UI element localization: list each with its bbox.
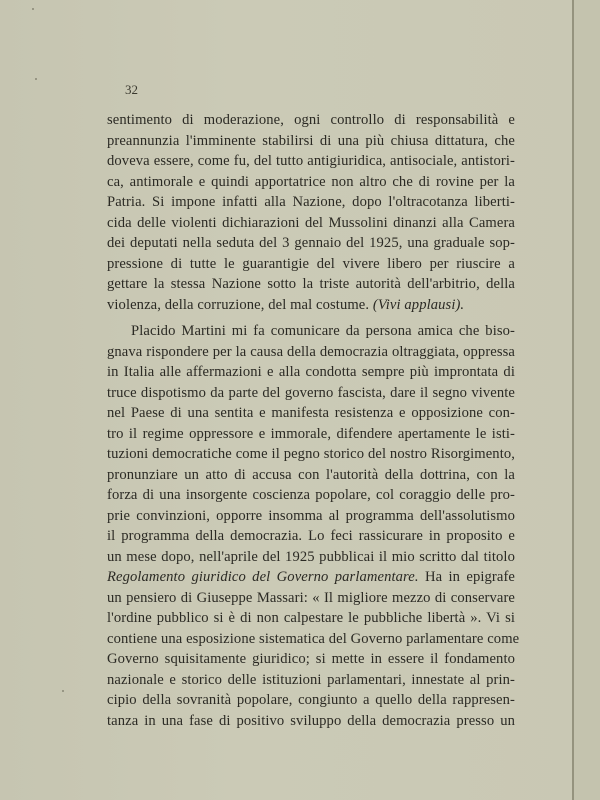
text-line: un pensiero di Giuseppe Massari: « Il mi… bbox=[107, 588, 515, 609]
text-line: Placido Martini mi fa comunicare da pers… bbox=[107, 321, 515, 342]
text-line: contiene una esposizione sistematica del… bbox=[107, 629, 515, 650]
text-line: gettare la stessa Nazione sotto la trist… bbox=[107, 274, 515, 295]
text-line: tanza in una fase di positivo sviluppo d… bbox=[107, 711, 515, 732]
text-line: in Italia alle affermazioni e alla condo… bbox=[107, 362, 515, 383]
scanned-book-page: 32 sentimento di moderazione, ogni contr… bbox=[0, 0, 600, 800]
text-line: Patria. Si impone infatti alla Nazione, … bbox=[107, 192, 515, 213]
text-line: il programma della democrazia. Lo feci r… bbox=[107, 526, 515, 547]
page-edge-line bbox=[572, 0, 574, 800]
paper-speck bbox=[35, 78, 37, 80]
book-title: Regolamento giuridico del Governo parlam… bbox=[107, 569, 419, 585]
text-segment: Ha in epigrafe bbox=[425, 569, 515, 585]
text-line: nazionale e storico delle istituzioni pa… bbox=[107, 670, 515, 691]
text-line: Regolamento giuridico del Governo parlam… bbox=[107, 567, 515, 588]
text-line: prie convinzioni, opporre insomma al pro… bbox=[107, 506, 515, 527]
text-line: Governo squisitamente giuridico; si mett… bbox=[107, 649, 515, 670]
paragraph-2: Placido Martini mi fa comunicare da pers… bbox=[107, 321, 515, 731]
text-line: pronunziare un atto di accusa con l'auto… bbox=[107, 465, 515, 486]
text-line: violenza, della corruzione, del mal cost… bbox=[107, 295, 515, 316]
body-text: sentimento di moderazione, ogni controll… bbox=[107, 110, 515, 731]
text-line: truce dispotismo da parte del governo fa… bbox=[107, 383, 515, 404]
text-line: tro il regime oppressore e immorale, dif… bbox=[107, 424, 515, 445]
text-line: un mese dopo, nell'aprile del 1925 pubbl… bbox=[107, 547, 515, 568]
text-line: tuzioni democratiche come il pegno stori… bbox=[107, 444, 515, 465]
text-line: cipio della sovranità popolare, congiunt… bbox=[107, 690, 515, 711]
text-segment: violenza, della corruzione, del mal cost… bbox=[107, 297, 369, 313]
applause-note: (Vivi applausi). bbox=[373, 297, 464, 313]
paper-speck bbox=[62, 690, 64, 692]
text-line: nel Paese di una sentita e manifesta res… bbox=[107, 403, 515, 424]
paragraph-1: sentimento di moderazione, ogni controll… bbox=[107, 110, 515, 315]
page-edge-shade bbox=[574, 0, 600, 800]
text-line: pressione di tutte le guarantigie del vi… bbox=[107, 254, 515, 275]
paper-speck bbox=[32, 8, 34, 10]
text-line: cida delle violenti dichiarazioni del Mu… bbox=[107, 213, 515, 234]
text-line: gnava rispondere per la causa della demo… bbox=[107, 342, 515, 363]
text-line: l'ordine pubblico si è di non calpestare… bbox=[107, 608, 515, 629]
text-line: doveva essere, come fu, del tutto antigi… bbox=[107, 151, 515, 172]
page-number: 32 bbox=[125, 82, 138, 98]
text-line: forza di una insorgente coscienza popola… bbox=[107, 485, 515, 506]
text-line: preannunzia l'imminente stabilirsi di un… bbox=[107, 131, 515, 152]
text-line: sentimento di moderazione, ogni controll… bbox=[107, 110, 515, 131]
text-line: ca, antimorale e quindi apportatrice non… bbox=[107, 172, 515, 193]
text-line: dei deputati nella seduta del 3 gennaio … bbox=[107, 233, 515, 254]
